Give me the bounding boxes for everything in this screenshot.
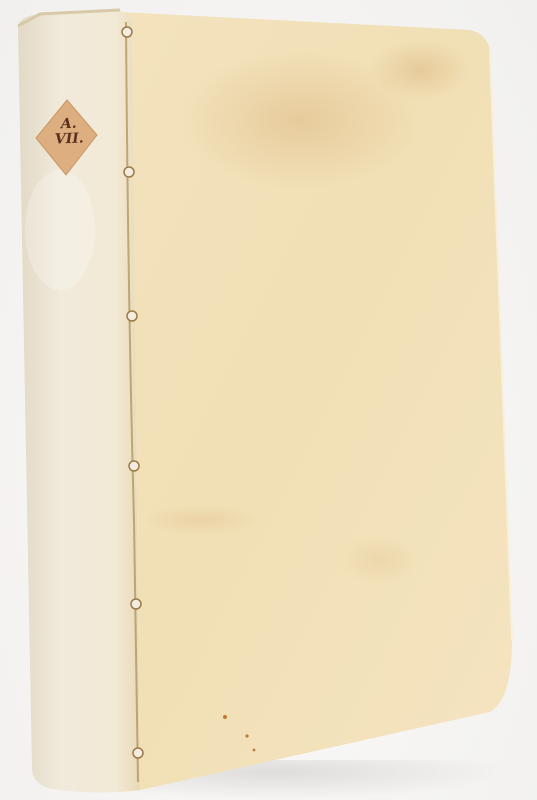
spine-label-line2: VII. [55, 131, 84, 147]
front-cover [120, 12, 512, 790]
spine-label-text: A. VII. [39, 100, 99, 164]
